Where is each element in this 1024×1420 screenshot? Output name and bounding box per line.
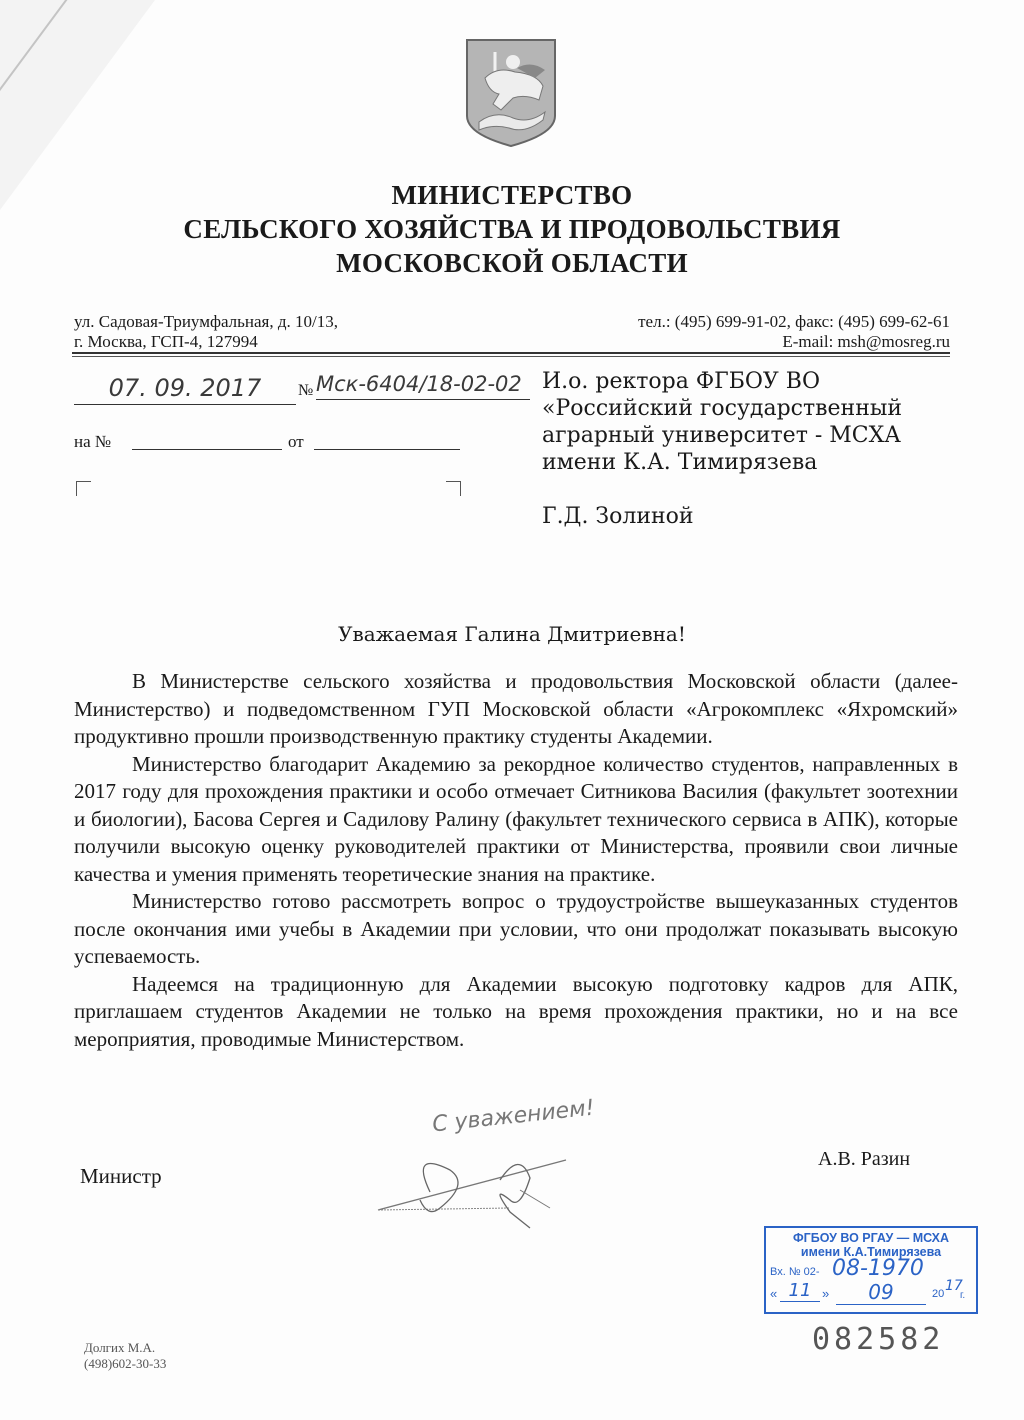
stamp-year-end: г. — [960, 1290, 965, 1301]
stamp-org-line: ФГБОУ ВО РГАУ — МСХА — [766, 1231, 976, 1245]
recipient-line: И.о. ректора ФГБОУ ВО — [542, 368, 902, 395]
number-sign: № — [298, 382, 313, 400]
address-corner-left — [76, 481, 91, 496]
ministry-title: МИНИСТЕРСТВО СЕЛЬСКОГО ХОЗЯЙСТВА И ПРОДО… — [0, 178, 1024, 280]
stamp-month: 09 — [836, 1280, 926, 1305]
stamp-day: 11 — [780, 1280, 820, 1302]
recipient-line: «Российский государственный — [542, 395, 902, 422]
salutation: Уважаемая Галина Дмитриевна! — [0, 622, 1024, 646]
title-line: СЕЛЬСКОГО ХОЗЯЙСТВА И ПРОДОВОЛЬСТВИЯ — [0, 212, 1024, 246]
reply-date-blank — [314, 448, 460, 450]
body-paragraph: Надеемся на традиционную для Академии вы… — [74, 971, 958, 1054]
stamp-year-prefix: 20 — [932, 1288, 944, 1300]
stamp-number-value: 08-1970 — [832, 1256, 924, 1281]
body-paragraph: В Министерстве сельского хозяйства и про… — [74, 668, 958, 751]
phone-fax: тел.: (495) 699-91-02, факс: (495) 699-6… — [638, 312, 950, 332]
executor-phone: (498)602-30-33 — [84, 1356, 166, 1372]
incoming-registration-stamp: ФГБОУ ВО РГАУ — МСХА имени К.А.Тимирязев… — [764, 1226, 978, 1314]
outgoing-number: Мск-6404/18-02-02 — [316, 372, 530, 400]
coat-of-arms-icon — [465, 38, 557, 148]
stamp-number-label: Вх. № 02- — [770, 1266, 820, 1278]
header-divider-thin — [72, 356, 950, 357]
address-corner-right — [446, 481, 461, 496]
reply-to-label: на № — [74, 432, 111, 452]
address-line: ул. Садовая-Триумфальная, д. 10/13, — [74, 312, 338, 332]
header-divider — [72, 352, 950, 354]
recipient-line: имени К.А. Тимирязева — [542, 449, 902, 476]
recipient-name: Г.Д. Золиной — [542, 503, 902, 530]
outgoing-date: 07. 09. 2017 — [74, 374, 296, 405]
title-line: МОСКОВСКОЙ ОБЛАСТИ — [0, 246, 1024, 280]
postal-address: ул. Садовая-Триумфальная, д. 10/13, г. М… — [74, 312, 338, 352]
reply-number-blank — [132, 448, 282, 450]
stamp-day-quote-close: » — [822, 1286, 829, 1301]
email: E-mail: msh@mosreg.ru — [638, 332, 950, 352]
address-line: г. Москва, ГСП-4, 127994 — [74, 332, 338, 352]
serial-number: 082582 — [812, 1322, 944, 1357]
recipient-block: И.о. ректора ФГБОУ ВО «Российский госуда… — [542, 368, 902, 530]
recipient-line: аграрный университет - МСХА — [542, 422, 902, 449]
handwritten-regards: С уважением! — [431, 1096, 596, 1138]
body-paragraph: Министерство готово рассмотреть вопрос о… — [74, 888, 958, 971]
stamp-day-quote: « — [770, 1286, 777, 1301]
signatory-name: А.В. Разин — [818, 1148, 910, 1171]
executor-name: Долгих М.А. — [84, 1340, 166, 1356]
letter-body: В Министерстве сельского хозяйства и про… — [74, 668, 958, 1053]
body-paragraph: Министерство благодарит Академию за реко… — [74, 751, 958, 889]
from-label: от — [288, 432, 304, 452]
contact-info: тел.: (495) 699-91-02, факс: (495) 699-6… — [638, 312, 950, 352]
title-line: МИНИСТЕРСТВО — [0, 178, 1024, 212]
signature-icon — [370, 1140, 610, 1235]
executor-info: Долгих М.А. (498)602-30-33 — [84, 1340, 166, 1372]
signatory-position: Министр — [80, 1164, 162, 1189]
